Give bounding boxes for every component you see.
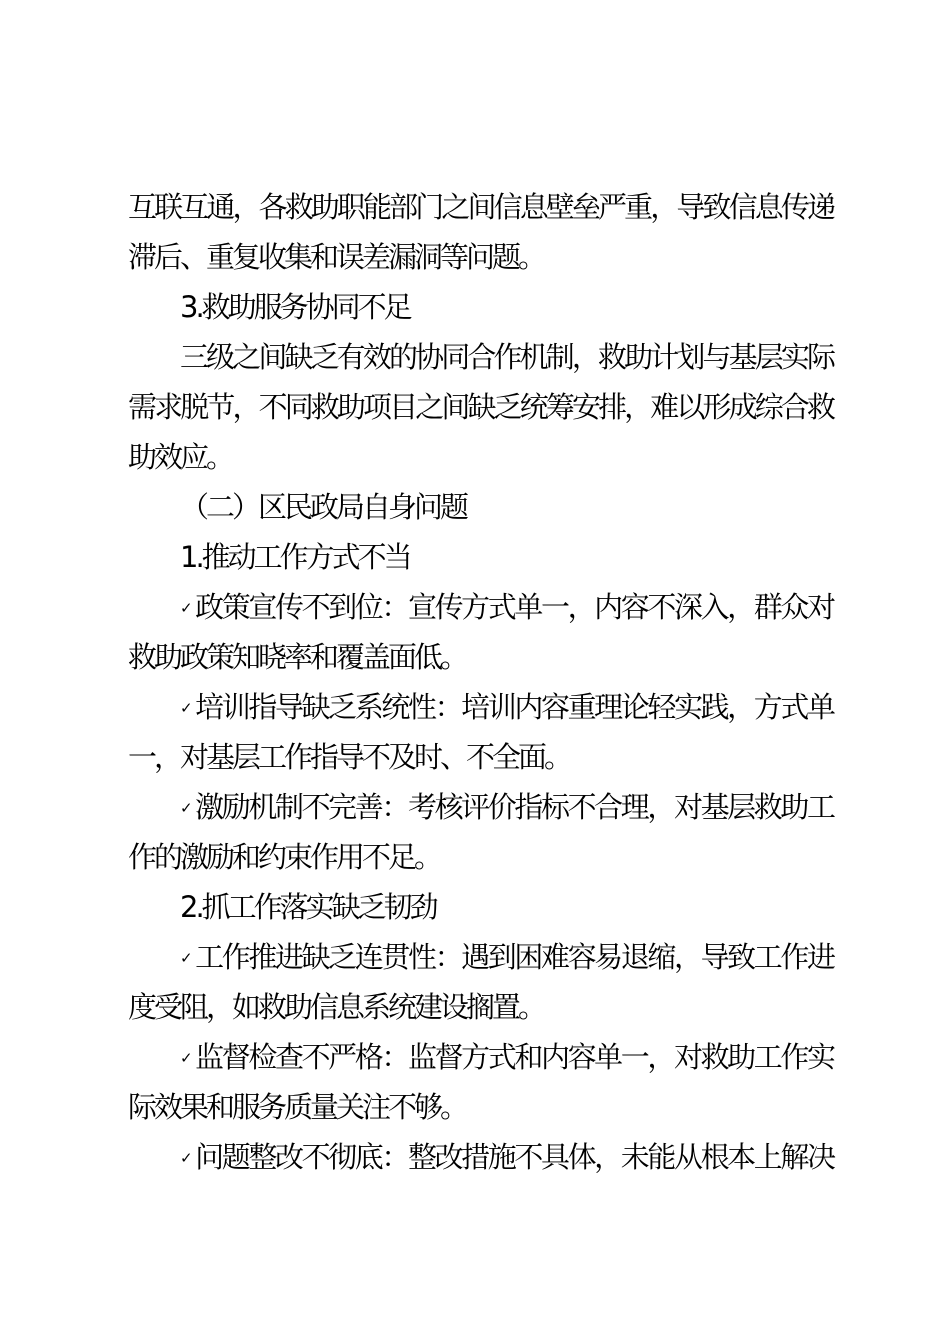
text-line: 2.抓工作落实缺乏韧劲	[128, 882, 833, 932]
text-line: 互联互通，各救助职能部门之间信息壁垒严重，导致信息传递	[128, 182, 833, 232]
line-text: 际效果和服务质量关注不够。	[128, 1090, 466, 1124]
document-body: 互联互通，各救助职能部门之间信息壁垒严重，导致信息传递滞后、重复收集和误差漏洞等…	[128, 182, 833, 1182]
check-bullet-icon: ✓	[180, 599, 193, 617]
text-line: ✓政策宣传不到位：宣传方式单一，内容不深入，群众对	[128, 582, 833, 632]
line-text: 培训指导缺乏系统性：培训内容重理论轻实践，方式单	[195, 690, 833, 724]
text-line: 一，对基层工作指导不及时、不全面。	[128, 732, 833, 782]
text-line: 际效果和服务质量关注不够。	[128, 1082, 833, 1132]
line-text: 问题整改不彻底：整改措施不具体，未能从根本上解决	[195, 1140, 833, 1174]
line-text: （二）区民政局自身问题	[180, 490, 466, 524]
line-text: 一，对基层工作指导不及时、不全面。	[128, 740, 570, 774]
text-line: ✓工作推进缺乏连贯性：遇到困难容易退缩，导致工作进	[128, 932, 833, 982]
check-bullet-icon: ✓	[180, 699, 193, 717]
text-line: 需求脱节，不同救助项目之间缺乏统筹安排，难以形成综合救	[128, 382, 833, 432]
line-text: 监督检查不严格：监督方式和内容单一，对救助工作实	[195, 1040, 833, 1074]
line-text: 3.救助服务协同不足	[180, 290, 410, 324]
text-line: 助效应。	[128, 432, 833, 482]
text-line: 3.救助服务协同不足	[128, 282, 833, 332]
line-text: 1.推动工作方式不当	[180, 540, 410, 574]
line-text: 三级之间缺乏有效的协同合作机制，救助计划与基层实际	[180, 340, 833, 374]
line-text: 度受阻，如救助信息系统建设搁置。	[128, 990, 544, 1024]
check-bullet-icon: ✓	[180, 1149, 193, 1167]
line-text: 激励机制不完善：考核评价指标不合理，对基层救助工	[195, 790, 833, 824]
check-bullet-icon: ✓	[180, 1049, 193, 1067]
text-line: 滞后、重复收集和误差漏洞等问题。	[128, 232, 833, 282]
text-line: 1.推动工作方式不当	[128, 532, 833, 582]
check-bullet-icon: ✓	[180, 949, 193, 967]
text-line: 度受阻，如救助信息系统建设搁置。	[128, 982, 833, 1032]
line-text: 助效应。	[128, 440, 232, 474]
text-line: ✓培训指导缺乏系统性：培训内容重理论轻实践，方式单	[128, 682, 833, 732]
line-text: 政策宣传不到位：宣传方式单一，内容不深入，群众对	[195, 590, 833, 624]
text-line: ✓激励机制不完善：考核评价指标不合理，对基层救助工	[128, 782, 833, 832]
line-text: 工作推进缺乏连贯性：遇到困难容易退缩，导致工作进	[195, 940, 833, 974]
line-text: 2.抓工作落实缺乏韧劲	[180, 890, 436, 924]
document-page: 互联互通，各救助职能部门之间信息壁垒严重，导致信息传递滞后、重复收集和误差漏洞等…	[0, 0, 950, 1344]
text-line: 作的激励和约束作用不足。	[128, 832, 833, 882]
line-text: 互联互通，各救助职能部门之间信息壁垒严重，导致信息传递	[128, 190, 833, 224]
line-text: 救助政策知晓率和覆盖面低。	[128, 640, 466, 674]
text-line: 救助政策知晓率和覆盖面低。	[128, 632, 833, 682]
line-text: 需求脱节，不同救助项目之间缺乏统筹安排，难以形成综合救	[128, 390, 833, 424]
text-line: ✓监督检查不严格：监督方式和内容单一，对救助工作实	[128, 1032, 833, 1082]
text-line: 三级之间缺乏有效的协同合作机制，救助计划与基层实际	[128, 332, 833, 382]
line-text: 滞后、重复收集和误差漏洞等问题。	[128, 240, 544, 274]
text-line: ✓问题整改不彻底：整改措施不具体，未能从根本上解决	[128, 1132, 833, 1182]
text-line: （二）区民政局自身问题	[128, 482, 833, 532]
line-text: 作的激励和约束作用不足。	[128, 840, 440, 874]
check-bullet-icon: ✓	[180, 799, 193, 817]
